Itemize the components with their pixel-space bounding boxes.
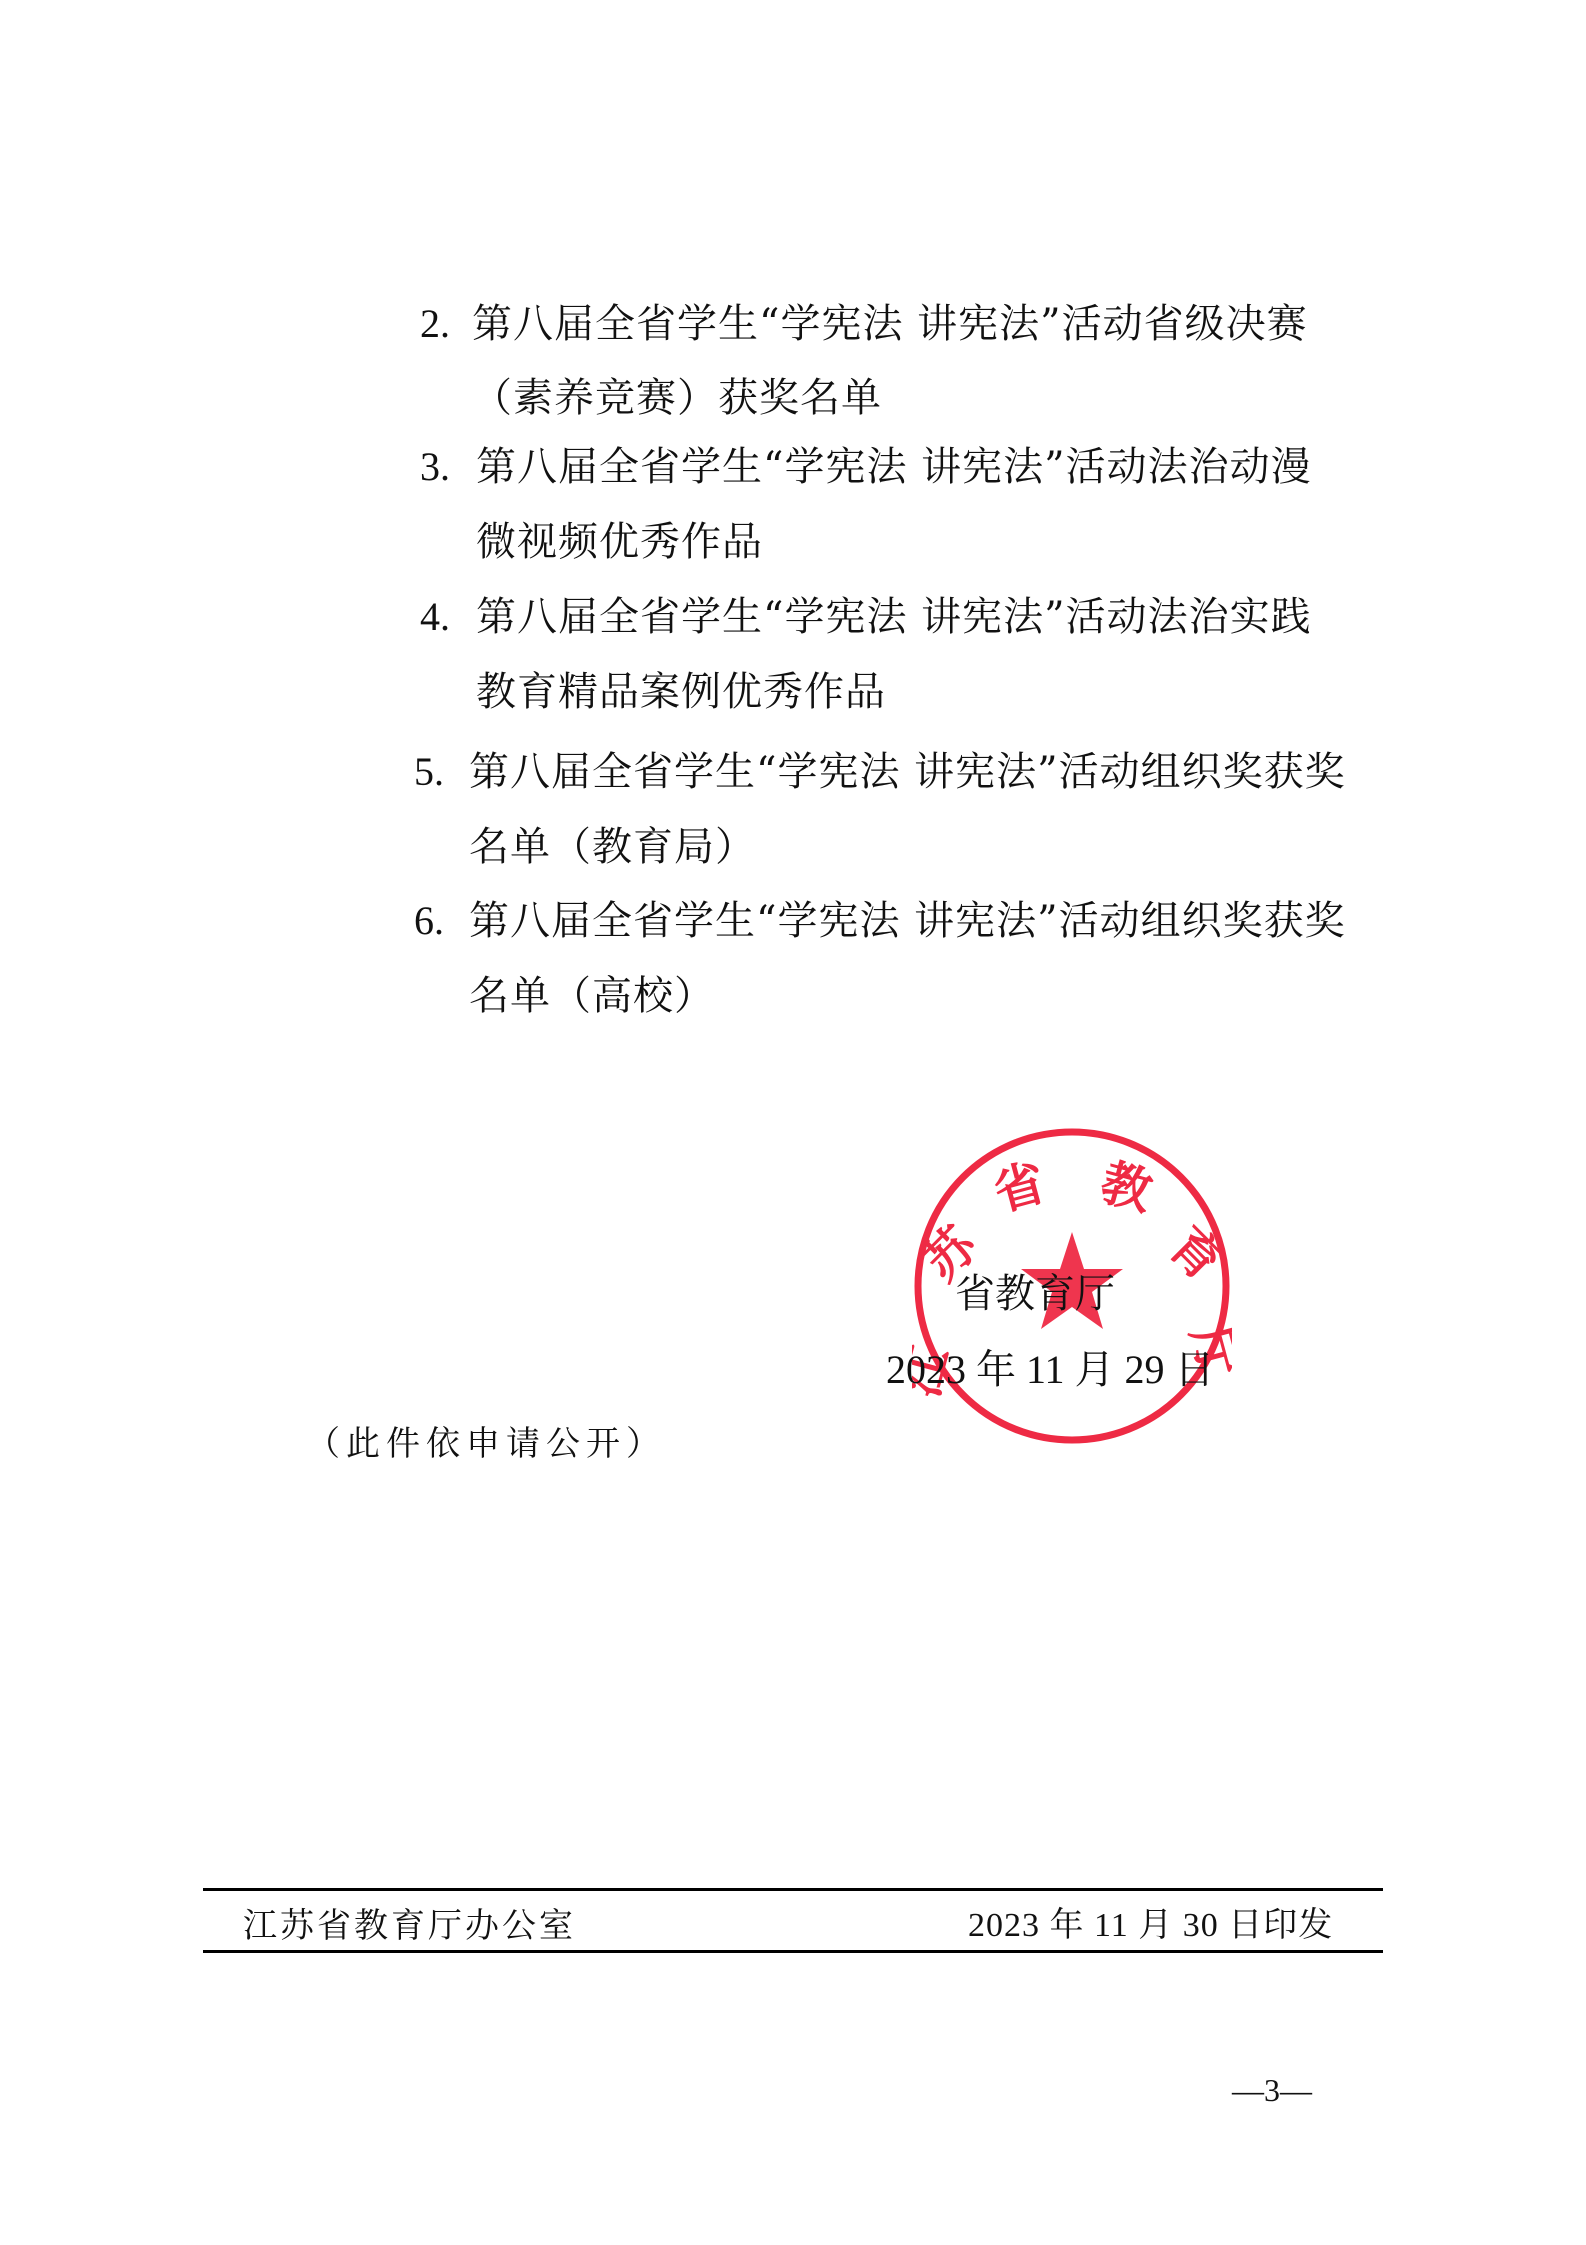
attachment-line: 微视频优秀作品 [476,520,763,564]
page-number: —3— [1232,2072,1312,2108]
footer-top-rule [203,1888,1383,1891]
signature-date: 2023 年 11 月 29 日 [886,1348,1215,1392]
seal-char: 教 [1095,1153,1159,1222]
attachment-line: 第八届全省学生“学宪法 讲宪法”活动组织奖获奖 [469,750,1379,794]
disclosure-note: （此件依申请公开） [306,1424,666,1464]
issuer-signature: 省教育厅 [955,1272,1115,1316]
footer-bottom-rule [203,1950,1383,1953]
footer-office: 江苏省教育厅办公室 [243,1906,576,1946]
attachment-number: 3. [420,445,450,489]
seal-char: 省 [988,1153,1051,1222]
attachment-line: 名单（教育局） [469,825,756,869]
attachment-line: 第八届全省学生“学宪法 讲宪法”活动省级决赛 [472,302,1338,346]
attachment-number: 2. [420,302,450,346]
attachment-line: 第八届全省学生“学宪法 讲宪法”活动法治动漫 [476,445,1380,489]
attachment-line: 名单（高校） [469,974,715,1018]
attachment-number: 4. [420,595,450,639]
footer-issue-date: 2023 年 11 月 30 日印发 [968,1906,1333,1946]
attachment-line: （素养竞赛）获奖名单 [472,376,882,420]
attachment-line: 第八届全省学生“学宪法 讲宪法”活动法治实践 [476,595,1380,639]
attachment-line: 教育精品案例优秀作品 [476,670,886,714]
document-page: 2. 第八届全省学生“学宪法 讲宪法”活动省级决赛 （素养竞赛）获奖名单 3. … [0,0,1586,2245]
attachment-number: 6. [414,899,444,943]
seal-char: 育 [1158,1216,1232,1292]
attachment-number: 5. [414,750,444,794]
attachment-line: 第八届全省学生“学宪法 讲宪法”活动组织奖获奖 [469,899,1379,943]
